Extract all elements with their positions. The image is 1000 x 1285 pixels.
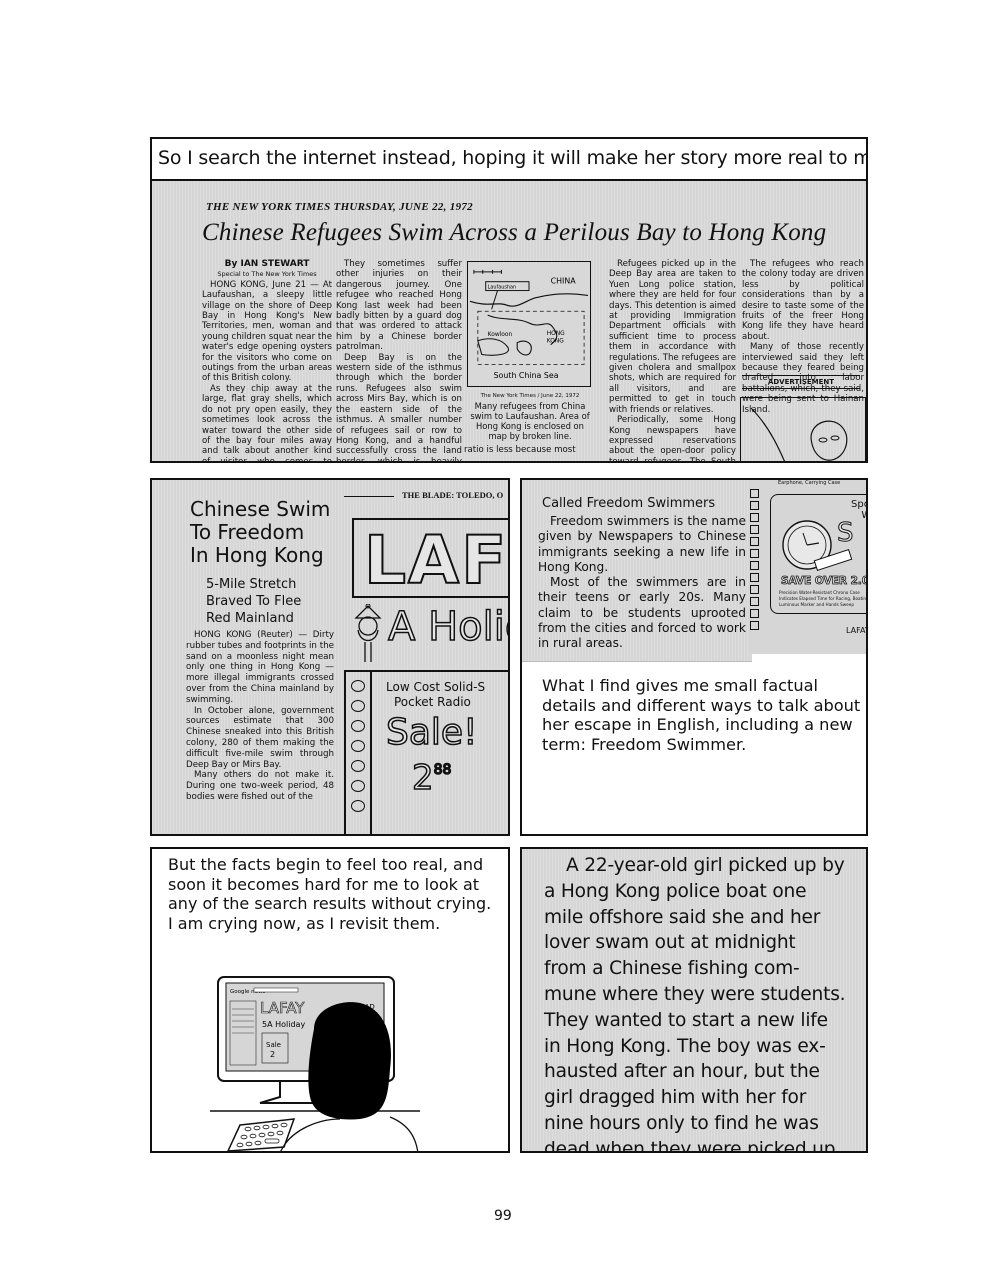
article-run-line: ratio is less because most [464, 445, 612, 455]
blade-subhead: 5-Mile Stretch Braved To Flee Red Mainla… [206, 576, 301, 627]
film-strip-holes [346, 672, 372, 836]
excerpt-line: A 22-year-old girl picked up by [544, 853, 864, 879]
face-sketch-icon [741, 398, 867, 463]
svg-text:CHINA: CHINA [551, 277, 577, 286]
svg-text:KONG: KONG [547, 339, 565, 345]
excerpt-line: lover swam out at midnight [544, 930, 864, 956]
freedom-swimmers-clipping: Called Freedom Swimmers Freedom swimmers… [522, 480, 752, 662]
wristwatch-icon: S [775, 511, 865, 575]
watch-ad-frame: Sportsman Wristw S SAVE OVER 2.0 Precisi… [770, 494, 868, 614]
advertisement-box [740, 397, 866, 463]
narration-text: But the facts begin to feel too real, an… [168, 855, 498, 933]
film-strip-holes [748, 486, 762, 646]
article-paragraph: HONG KONG, June 21 — At Laufaushan, a sl… [202, 280, 332, 384]
news-excerpt-text: A 22-year-old girl picked up by a Hong K… [544, 853, 864, 1153]
sale-text: Sale! [386, 712, 478, 753]
map-caption-text: Many refugees from China swim to Laufaus… [467, 401, 593, 441]
watch-bullet: Luminous Marker and Hands Sweep [779, 602, 868, 608]
excerpt-line: nine hours only to find he was [544, 1111, 864, 1137]
map-drawing-icon: CHINA Laufaushan Kowloon HONG KONG South… [468, 262, 590, 386]
byline-special: Special to The New York Times [202, 269, 332, 279]
panel-nyt-clipping: So I search the internet instead, hoping… [150, 137, 868, 463]
panel-freedom-swimmers: Called Freedom Swimmers Freedom swimmers… [520, 478, 868, 836]
narration-caption: So I search the internet instead, hoping… [152, 139, 866, 181]
subhead-line: 5-Mile Stretch [206, 576, 301, 593]
price-cents: 88 [434, 762, 452, 778]
blade-masthead: THE BLADE: TOLEDO, O [344, 490, 510, 500]
excerpt-line: in Hong Kong. The boy was ex- [544, 1034, 864, 1060]
article-paragraph: Refugees picked up in the Deep Bay area … [609, 259, 736, 415]
store-ad-banner: LAF [352, 518, 510, 598]
headline-line: Chinese Swim [190, 498, 330, 521]
panel-crying: But the facts begin to feel too real, an… [150, 847, 510, 1153]
santa-icon [350, 604, 386, 664]
radio-ad-heading: Low Cost Solid-S Pocket Radio [386, 680, 485, 710]
excerpt-line: from a Chinese fishing com- [544, 956, 864, 982]
article-paragraph: Many others do not make it. During one t… [186, 770, 334, 802]
excerpt-line: dead when they were picked up. [544, 1137, 864, 1153]
svg-text:S: S [837, 518, 854, 548]
article-paragraph: The refugees who reach the colony today … [742, 259, 864, 342]
svg-text:HONG: HONG [547, 331, 565, 337]
nyt-dateline: THE NEW YORK TIMES THURSDAY, JUNE 22, 19… [206, 201, 473, 213]
narration-text: What I find gives me small factual detai… [542, 676, 862, 754]
store-name-small: LAFAY [846, 626, 868, 635]
article-paragraph: Periodically, some Hong Kong newspapers … [609, 415, 736, 463]
article-paragraph: As they chip away at the large, flat gra… [202, 384, 332, 463]
map-credit: The New York Times / June 22, 1972 [467, 391, 593, 401]
article-column-3: Refugees picked up in the Deep Bay area … [609, 259, 736, 463]
watch-bullets: Precision Water-Resistant Chrono Case In… [779, 590, 868, 608]
page-number: 99 [494, 1208, 512, 1224]
article-paragraph: They sometimes suffer other injuries on … [336, 259, 462, 353]
clipping-paragraph: Freedom swimmers is the name given by Ne… [538, 514, 746, 575]
svg-text:2: 2 [270, 1050, 275, 1059]
advertisement-label: ADVERTISEMENT [742, 375, 860, 389]
excerpt-line: They wanted to start a new life [544, 1008, 864, 1034]
person-at-computer-illustration: Google news LAFAY 5A Holiday Sale 2 RAD … [210, 969, 420, 1153]
svg-text:LAFAY: LAFAY [260, 999, 305, 1017]
price-text: 288 [412, 758, 451, 798]
watch-ad-clipping: Earphone, Carrying Case Sportsman Wristw… [748, 480, 866, 654]
excerpt-line: girl dragged him with her for [544, 1085, 864, 1111]
svg-text:5A Holiday: 5A Holiday [262, 1020, 305, 1029]
watch-ad-top: Earphone, Carrying Case [778, 480, 840, 486]
clipping-title: Called Freedom Swimmers [542, 496, 715, 511]
article-paragraph: In October alone, government sources est… [186, 706, 334, 771]
article-paragraph: HONG KONG (Reuter) — Dirty rubber tubes … [186, 630, 334, 706]
radio-line: Pocket Radio [386, 695, 485, 710]
watch-title-line: Sportsman [851, 499, 868, 510]
svg-text:South China Sea: South China Sea [494, 371, 559, 380]
svg-text:Sale: Sale [266, 1041, 281, 1049]
article-column-2: They sometimes suffer other injuries on … [336, 259, 462, 463]
article-column-1: By IAN STEWART Special to The New York T… [202, 259, 332, 463]
holiday-banner: A Holid [388, 604, 510, 650]
nyt-headline: Chinese Refugees Swim Across a Perilous … [202, 219, 826, 247]
excerpt-line: mune where they were students. [544, 982, 864, 1008]
excerpt-line: mile offshore said she and her [544, 905, 864, 931]
price-dollars: 2 [412, 758, 434, 798]
radio-line: Low Cost Solid-S [386, 680, 485, 695]
headline-line: To Freedom [190, 521, 330, 544]
clipping-paragraph: Most of the swimmers are in their teens … [538, 575, 746, 651]
subhead-line: Red Mainland [206, 610, 301, 627]
nyt-article: THE NEW YORK TIMES THURSDAY, JUNE 22, 19… [152, 181, 866, 461]
map-caption: The New York Times / June 22, 1972 Many … [467, 391, 593, 441]
excerpt-line: a Hong Kong police boat one [544, 879, 864, 905]
hong-kong-map: CHINA Laufaushan Kowloon HONG KONG South… [467, 261, 591, 387]
blade-article-body: HONG KONG (Reuter) — Dirty rubber tubes … [186, 630, 334, 803]
panel-news-excerpt: A 22-year-old girl picked up by a Hong K… [520, 847, 868, 1153]
store-name: LAF [364, 522, 508, 599]
panel-blade-clipping: Chinese Swim To Freedom In Hong Kong 5-M… [150, 478, 510, 836]
save-banner: SAVE OVER 2.0 [781, 575, 868, 587]
byline: By IAN STEWART [202, 259, 332, 269]
clipping-body: Freedom swimmers is the name given by Ne… [538, 514, 746, 652]
article-column-4: The refugees who reach the colony today … [742, 259, 864, 415]
svg-text:Laufaushan: Laufaushan [488, 285, 516, 291]
subhead-line: Braved To Flee [206, 593, 301, 610]
excerpt-line: hausted after an hour, but the [544, 1059, 864, 1085]
blade-headline: Chinese Swim To Freedom In Hong Kong [190, 498, 330, 567]
svg-text:Kowloon: Kowloon [488, 332, 513, 338]
headline-line: In Hong Kong [190, 544, 330, 567]
radio-ad: Low Cost Solid-S Pocket Radio Sale! 288 [344, 670, 510, 836]
article-paragraph: Deep Bay is on the western side of the i… [336, 353, 462, 463]
